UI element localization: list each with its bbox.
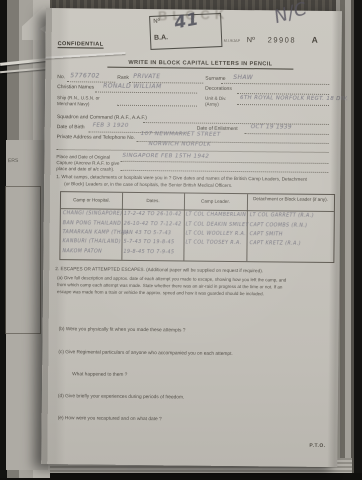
field-rule — [120, 160, 328, 164]
dob-value: FEB 3 1920 — [93, 122, 129, 128]
rank-value: PRIVATE — [133, 73, 160, 80]
cell-dates: 5-7-43 TO 19-8-45 — [124, 240, 175, 246]
confidential-label: CONFIDENTIAL — [58, 41, 104, 48]
serial-suffix: A — [312, 35, 318, 45]
unit-label: Unit & Div. (Army) — [205, 96, 237, 108]
decorations-label: Decorations — [205, 86, 232, 92]
field-rule — [117, 104, 197, 107]
cell-leader: LT COL TOOSEY R.A. — [186, 240, 242, 246]
paper-crease — [46, 52, 126, 59]
camps-table: Camp or Hospital. Dates. Camp Leader. De… — [59, 191, 335, 263]
ship-label: Ship (R.N., U.S.N. or Merchant Navy) — [57, 95, 115, 108]
question1-line2: (or Block) Leaders or, in the case of ho… — [64, 181, 232, 188]
field-rule — [237, 103, 329, 106]
section2-a-line2: from which camp each attempt was made. S… — [57, 282, 282, 289]
address-label: Private Address and Telephone No. — [57, 134, 135, 141]
table-row: NAKOM PATON 19-8-45 TO 7-9-45 — [61, 192, 334, 195]
ba-number-stamp-box: Nº B.A. 41 — [149, 13, 222, 50]
enlistment-value: OCT 19 1939 — [251, 124, 292, 130]
section2-a-line3: escape was made from a train or vehicle … — [57, 289, 264, 296]
serial-number: 29908 — [268, 35, 296, 44]
cell-camp: TAMARKAN KAMP (THAI) — [63, 230, 129, 236]
pto-label: P.T.O. — [309, 443, 325, 449]
cell-detachment: LT COL GARRETT (R.A.) — [250, 213, 314, 219]
field-rule — [245, 132, 329, 135]
page-title: WRITE IN BLOCK CAPITAL LETTERS IN PENCIL — [107, 60, 293, 70]
section2-a-line1: (a) Give full description and approx. da… — [57, 275, 286, 282]
capture-value: SINGAPORE FEB 15TH 1942 — [122, 153, 209, 160]
table-row: CHANGI (SINGAPORE) 17-2-42 TO 26-10-42 L… — [61, 192, 334, 195]
cell-leader: LT COL WOOLLEY R.A. — [186, 231, 247, 237]
stamp-no-label: Nº — [153, 19, 160, 25]
address-value-line1: 107 NEWMARKET STREET — [141, 131, 221, 138]
photo-backdrop-bottom — [0, 473, 362, 480]
cell-detachment: CAPT SMITH — [250, 232, 283, 237]
question-d: (d) Give briefly your experiences during… — [58, 394, 184, 400]
unit-value: 6TH ROYAL NORFOLK REGT. 18 DIV. — [240, 95, 348, 102]
table-row: BAN PONG THAILAND 26-10-42 TO 7-12-42 LT… — [61, 192, 334, 195]
capture-label: Place and Date of Original Capture (Airc… — [56, 154, 120, 173]
question-c-sub: What happened to them ? — [72, 372, 127, 378]
field-rule — [95, 91, 197, 94]
underlying-page-text-fragment: ERS — [8, 158, 18, 164]
table-header-dates: Dates. — [122, 198, 184, 204]
christian-names-label: Christian Names — [57, 84, 94, 90]
field-rule — [120, 169, 328, 173]
no-label: No. — [57, 74, 65, 80]
serial-no-label: Nº — [247, 35, 255, 44]
cell-camp: NAKOM PATON — [62, 249, 102, 254]
field-rule — [221, 82, 329, 85]
cell-leader: LT COL DEAKIN SMILEY — [186, 222, 249, 228]
squadron-label: Squadron and Command (R.A.F., A.A.F.) — [57, 114, 147, 121]
cell-camp: KANBURI (THAILAND) — [63, 239, 122, 245]
question-e: (e) How were you recaptured and on what … — [58, 416, 162, 422]
rank-label: Rank — [117, 75, 129, 81]
question-b: (b) Were you physically fit when you mad… — [59, 327, 186, 333]
cell-dates: 26-10-42 TO 7-12-42 — [124, 222, 182, 228]
question-c: (c) Give Regimental particulars of anyon… — [58, 350, 232, 357]
table-header-detachment: Detachment or Block Leader (if any). — [249, 196, 332, 203]
ba-number-handwritten: 41 — [173, 9, 201, 33]
cell-camp: CHANGI (SINGAPORE) — [63, 211, 123, 217]
no-value: 5776702 — [70, 72, 100, 79]
form-code: M.I.9/JAP — [224, 39, 241, 43]
table-row: TAMARKAN KAMP (THAI) JAN 43 TO 5-7-43 LT… — [61, 192, 334, 195]
section2-heading: 2. ESCAPES OR ATTEMPTED ESCAPES. (Additi… — [55, 266, 263, 273]
field-rule — [57, 148, 329, 153]
christian-names-value: RONALD WILLIAM — [103, 83, 161, 91]
cell-dates: 17-2-42 TO 26-10-42 — [124, 212, 182, 218]
cell-camp: BAN PONG THAILAND — [63, 221, 122, 227]
cell-detachment: CAPT COOMBS (R.N.) — [250, 223, 308, 229]
cell-dates: 19-8-45 TO 7-9-45 — [123, 250, 174, 256]
questionnaire-page: BLOCK Nº B.A. 41 M.I.9/JAP Nº 29908 A N/… — [41, 8, 342, 467]
dob-label: Date of Birth — [57, 124, 85, 130]
table-row: KANBURI (THAILAND) 5-7-43 TO 19-8-45 LT … — [61, 192, 334, 195]
table-header-leader: Camp Leader. — [184, 198, 247, 204]
stamp-ba-label: B.A. — [154, 34, 168, 42]
surname-value: SHAW — [233, 74, 253, 81]
table-header-camp: Camp or Hospital. — [61, 197, 122, 203]
field-rule — [143, 121, 329, 125]
cell-dates: JAN 43 TO 5-7-43 — [124, 231, 172, 236]
underlying-page-box-outline — [5, 186, 41, 334]
cell-leader: LT COL CHAMBERLAIN — [186, 212, 246, 218]
cell-detachment: CAPT KRETZ (R.A.) — [250, 241, 302, 247]
